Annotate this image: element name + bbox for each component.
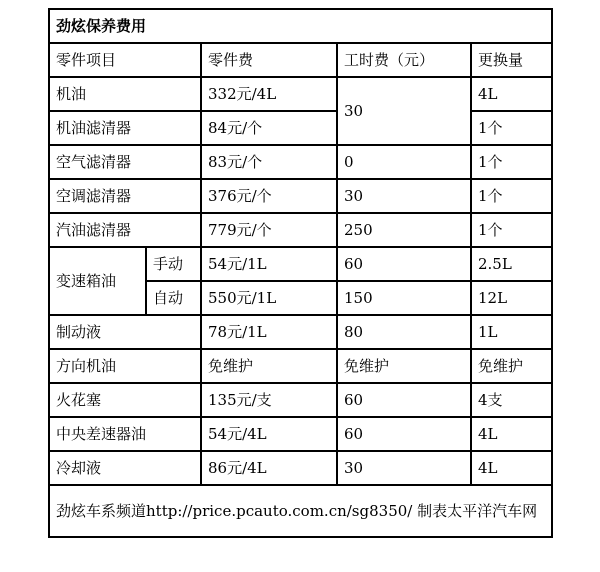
cell-price: 86元/4L <box>201 451 337 485</box>
cell-amount: 1个 <box>471 111 552 145</box>
table-footer-source: 劲炫车系频道http://price.pcauto.com.cn/sg8350/… <box>49 485 552 537</box>
cell-labor: 免维护 <box>337 349 471 383</box>
cell-labor: 30 <box>337 77 471 145</box>
cell-price: 免维护 <box>201 349 337 383</box>
title-row: 劲炫保养费用 <box>49 9 552 43</box>
cell-price: 135元/支 <box>201 383 337 417</box>
column-header-amount: 更换量 <box>471 43 552 77</box>
cell-price: 376元/个 <box>201 179 337 213</box>
table-title: 劲炫保养费用 <box>49 9 552 43</box>
cell-amount: 4L <box>471 417 552 451</box>
table-row: 冷却液 86元/4L 30 4L <box>49 451 552 485</box>
cell-amount: 1个 <box>471 213 552 247</box>
cell-amount: 4L <box>471 451 552 485</box>
cell-labor: 60 <box>337 247 471 281</box>
table-row: 方向机油 免维护 免维护 免维护 <box>49 349 552 383</box>
table-row: 火花塞 135元/支 60 4支 <box>49 383 552 417</box>
table-row: 机油滤清器 84元/个 1个 <box>49 111 552 145</box>
cell-amount: 4支 <box>471 383 552 417</box>
cell-price: 332元/4L <box>201 77 337 111</box>
cell-labor: 250 <box>337 213 471 247</box>
column-header-part-fee: 零件费 <box>201 43 337 77</box>
cell-item: 空气滤清器 <box>49 145 201 179</box>
column-header-item: 零件项目 <box>49 43 201 77</box>
cell-item: 空调滤清器 <box>49 179 201 213</box>
footer-row: 劲炫车系频道http://price.pcauto.com.cn/sg8350/… <box>49 485 552 537</box>
cell-labor: 60 <box>337 383 471 417</box>
column-header-labor-fee: 工时费（元） <box>337 43 471 77</box>
cell-labor: 80 <box>337 315 471 349</box>
cell-item: 变速箱油 <box>49 247 146 315</box>
cell-item: 冷却液 <box>49 451 201 485</box>
table-row: 汽油滤清器 779元/个 250 1个 <box>49 213 552 247</box>
cell-item: 汽油滤清器 <box>49 213 201 247</box>
cell-price: 550元/1L <box>201 281 337 315</box>
header-row: 零件项目 零件费 工时费（元） 更换量 <box>49 43 552 77</box>
cell-labor: 150 <box>337 281 471 315</box>
cell-amount: 1L <box>471 315 552 349</box>
cell-labor: 0 <box>337 145 471 179</box>
cell-price: 54元/1L <box>201 247 337 281</box>
cell-amount: 12L <box>471 281 552 315</box>
cell-item: 机油滤清器 <box>49 111 201 145</box>
cell-item: 方向机油 <box>49 349 201 383</box>
maintenance-cost-table: 劲炫保养费用 零件项目 零件费 工时费（元） 更换量 机油 332元/4L 30… <box>48 8 553 538</box>
cell-amount: 1个 <box>471 179 552 213</box>
table-row: 机油 332元/4L 30 4L <box>49 77 552 111</box>
table-row: 空气滤清器 83元/个 0 1个 <box>49 145 552 179</box>
cell-price: 54元/4L <box>201 417 337 451</box>
cell-item: 机油 <box>49 77 201 111</box>
cell-labor: 60 <box>337 417 471 451</box>
cell-sub-item: 手动 <box>146 247 201 281</box>
cell-labor: 30 <box>337 179 471 213</box>
table-row: 制动液 78元/1L 80 1L <box>49 315 552 349</box>
cell-amount: 免维护 <box>471 349 552 383</box>
cell-labor: 30 <box>337 451 471 485</box>
cell-item: 制动液 <box>49 315 201 349</box>
cell-item: 中央差速器油 <box>49 417 201 451</box>
cell-price: 779元/个 <box>201 213 337 247</box>
cell-amount: 4L <box>471 77 552 111</box>
table-row: 空调滤清器 376元/个 30 1个 <box>49 179 552 213</box>
cell-item: 火花塞 <box>49 383 201 417</box>
cell-price: 78元/1L <box>201 315 337 349</box>
page: 劲炫保养费用 零件项目 零件费 工时费（元） 更换量 机油 332元/4L 30… <box>0 0 600 572</box>
cell-amount: 1个 <box>471 145 552 179</box>
table-row: 变速箱油 手动 54元/1L 60 2.5L <box>49 247 552 281</box>
cell-price: 83元/个 <box>201 145 337 179</box>
cell-amount: 2.5L <box>471 247 552 281</box>
table-row: 中央差速器油 54元/4L 60 4L <box>49 417 552 451</box>
cell-sub-item: 自动 <box>146 281 201 315</box>
cell-price: 84元/个 <box>201 111 337 145</box>
